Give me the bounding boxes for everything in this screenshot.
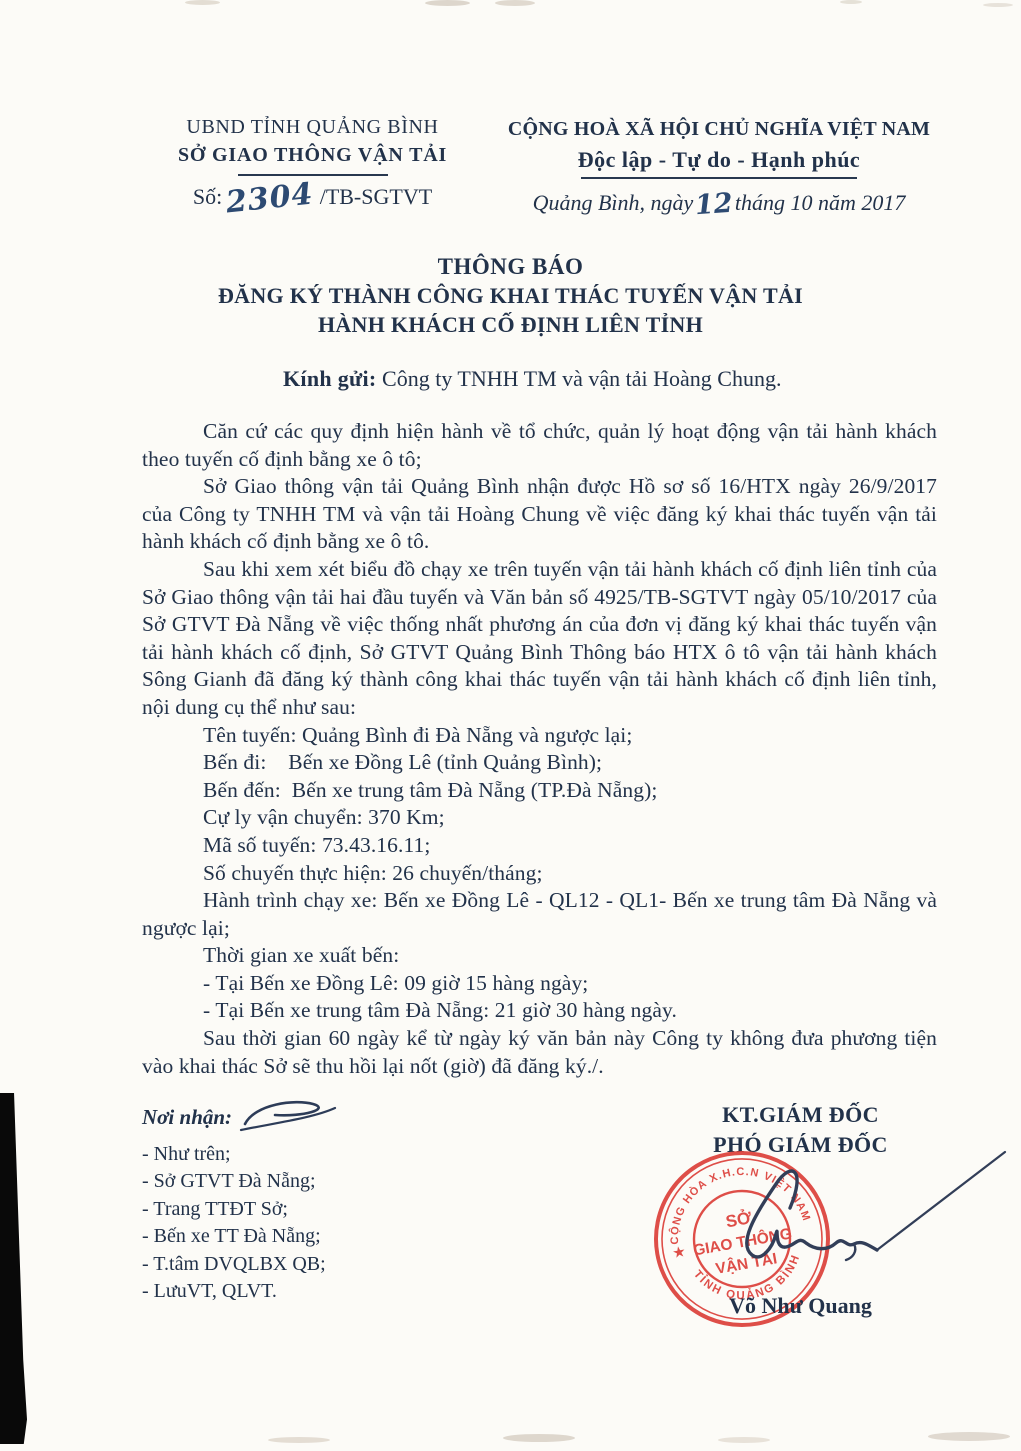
recipient-item: - Sở GTVT Đà Nẵng; xyxy=(142,1168,337,1195)
date-suffix: tháng 10 năm 2017 xyxy=(735,190,906,215)
scan-smudge xyxy=(840,0,862,4)
scan-smudge xyxy=(495,0,535,6)
arrive-station: Bến đến: Bến xe trung tâm Đà Nẵng (TP.Đà… xyxy=(142,777,937,805)
document-title: THÔNG BÁO ĐĂNG KÝ THÀNH CÔNG KHAI THÁC T… xyxy=(0,254,1021,338)
scan-smudge xyxy=(718,1437,770,1443)
recipients-label: Nơi nhận: xyxy=(142,1105,232,1129)
parent-agency: UBND TỈNH QUẢNG BÌNH xyxy=(150,116,475,139)
salutation-text: Công ty TNHH TM và vận tải Hoàng Chung. xyxy=(377,366,782,391)
route-code: Mã số tuyến: 73.43.16.11; xyxy=(142,832,937,860)
title-line2: ĐĂNG KÝ THÀNH CÔNG KHAI THÁC TUYẾN VẬN T… xyxy=(0,283,1021,309)
paragraph-dossier: Sở Giao thông vận tải Quảng Bình nhận đư… xyxy=(142,473,937,556)
scan-smudge xyxy=(928,1432,1010,1441)
document-body: Căn cứ các quy định hiện hành về tổ chức… xyxy=(142,418,937,1080)
paragraph-review: Sau khi xem xét biểu đồ chạy xe trên tuy… xyxy=(142,556,937,722)
signer-title-kt: KT.GIÁM ĐỐC xyxy=(648,1102,953,1128)
route-distance: Cự ly vận chuyển: 370 Km; xyxy=(142,804,937,832)
salutation-label: Kính gửi: xyxy=(283,366,377,391)
document-number-line: Số:2304/TB-SGTVT xyxy=(150,184,475,210)
handwritten-signature xyxy=(640,1128,1021,1293)
recipients-block: Nơi nhận: - Như trên; - Sở GTVT Đà Nẵng;… xyxy=(142,1098,337,1305)
date-day-handwritten: 12 xyxy=(695,195,734,216)
recipient-item: - LưuVT, QLVT. xyxy=(142,1278,337,1305)
itinerary: Hành trình chạy xe: Bến xe Đồng Lê - QL1… xyxy=(142,887,937,942)
place-date-line: Quảng Bình, ngày12tháng 10 năm 2017 xyxy=(488,190,950,216)
national-motto-line2: Độc lập - Tự do - Hạnh phúc xyxy=(488,147,950,173)
scan-smudge xyxy=(503,1434,575,1442)
number-suffix: /TB-SGTVT xyxy=(320,184,432,209)
scan-smudge xyxy=(425,0,470,6)
scan-smudge xyxy=(268,1437,330,1443)
paragraph-legal-basis: Căn cứ các quy định hiện hành về tổ chức… xyxy=(142,418,937,473)
departure-times-label: Thời gian xe xuất bến: xyxy=(142,942,937,970)
date-prefix: Quảng Bình, ngày xyxy=(533,190,694,215)
depart-station: Bến đi: Bến xe Đồng Lê (tỉnh Quảng Bình)… xyxy=(142,749,937,777)
issuing-agency-block: UBND TỈNH QUẢNG BÌNH SỞ GIAO THÔNG VẬN T… xyxy=(150,116,475,210)
title-line3: HÀNH KHÁCH CỐ ĐỊNH LIÊN TỈNH xyxy=(0,312,1021,338)
recipient-item: - Như trên; xyxy=(142,1141,337,1168)
agency-name: SỞ GIAO THÔNG VẬN TẢI xyxy=(150,144,475,167)
agency-underline xyxy=(238,174,388,176)
national-header-block: CỘNG HOÀ XÃ HỘI CHỦ NGHĨA VIỆT NAM Độc l… xyxy=(488,118,950,216)
title-line1: THÔNG BÁO xyxy=(0,254,1021,280)
scan-smudge xyxy=(185,0,220,5)
number-label: Số: xyxy=(193,184,222,209)
departure-time-dongle: - Tại Bến xe Đồng Lê: 09 giờ 15 hàng ngà… xyxy=(142,970,937,998)
document-page: UBND TỈNH QUẢNG BÌNH SỞ GIAO THÔNG VẬN T… xyxy=(0,0,1021,1451)
paragraph-final-clause: Sau thời gian 60 ngày kể từ ngày ký văn … xyxy=(142,1025,937,1080)
trips-per-month: Số chuyến thực hiện: 26 chuyến/tháng; xyxy=(142,860,937,888)
handwritten-check-mark xyxy=(237,1098,337,1134)
route-name: Tên tuyến: Quảng Bình đi Đà Nẵng và ngượ… xyxy=(142,722,937,750)
recipient-item: - T.tâm DVQLBX QB; xyxy=(142,1251,337,1278)
scan-smudge xyxy=(983,3,1013,7)
signer-name: Võ Như Quang xyxy=(648,1293,953,1319)
salutation-line: Kính gửi: Công ty TNHH TM và vận tải Hoà… xyxy=(283,366,781,392)
recipient-item: - Trang TTĐT Sở; xyxy=(142,1196,337,1223)
scan-artifact-black-wedge xyxy=(0,1093,27,1444)
national-motto-line1: CỘNG HOÀ XÃ HỘI CHỦ NGHĨA VIỆT NAM xyxy=(488,118,950,141)
departure-time-danang: - Tại Bến xe trung tâm Đà Nẵng: 21 giờ 3… xyxy=(142,997,937,1025)
motto-underline xyxy=(581,177,857,179)
document-number-handwritten: 2304 xyxy=(225,184,314,213)
recipient-item: - Bến xe TT Đà Nẵng; xyxy=(142,1223,337,1250)
